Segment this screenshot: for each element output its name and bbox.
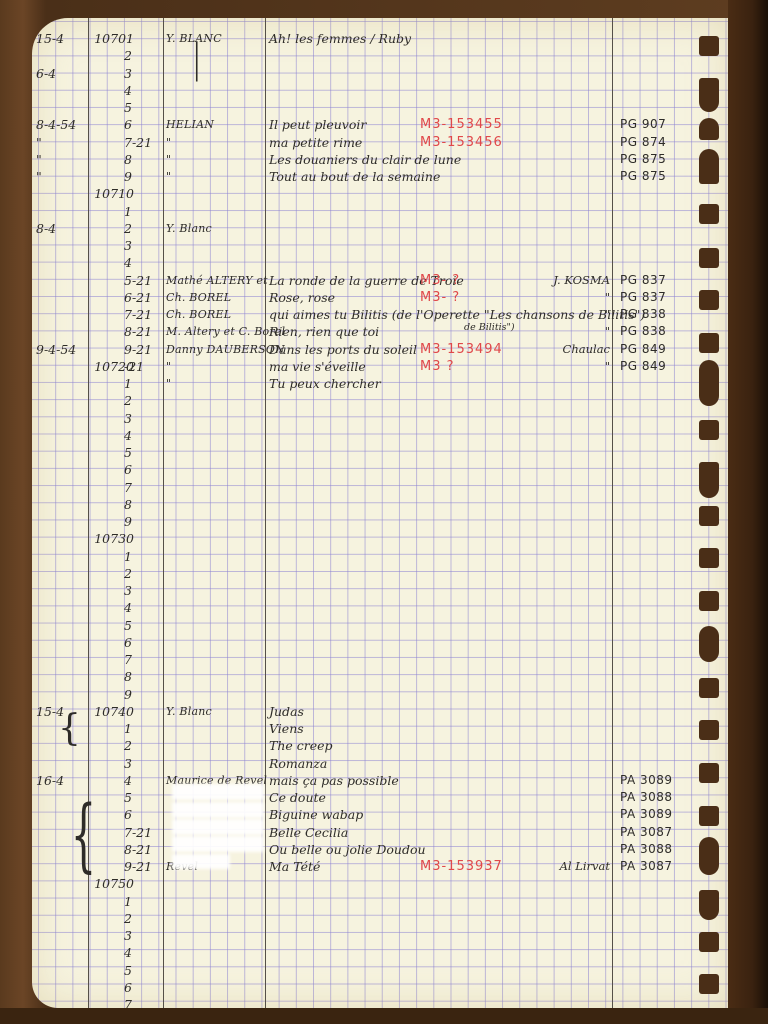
matrix-number: 10701 bbox=[90, 30, 134, 47]
reference-code: M3-153494 bbox=[420, 341, 503, 358]
ledger-row: 7 bbox=[32, 651, 728, 668]
take-number: 6 bbox=[124, 116, 164, 133]
song-title: Ou belle ou jolie Doudou bbox=[269, 841, 419, 858]
date-cell: " bbox=[36, 151, 88, 168]
take-number: 9 bbox=[124, 168, 164, 185]
ledger-row: 6 bbox=[32, 461, 728, 478]
take-number: 7 bbox=[124, 996, 164, 1008]
binder-hole bbox=[699, 974, 719, 994]
date-cell: " bbox=[36, 168, 88, 185]
ledger-row: 9 bbox=[32, 513, 728, 530]
matrix-number: 10740 bbox=[90, 703, 134, 720]
bilitis-subnote: de Bilitis") bbox=[464, 322, 515, 333]
artist-name: " bbox=[166, 151, 266, 168]
ledger-row: 5-21Mathé ALTERY etLa ronde de la guerre… bbox=[32, 272, 728, 289]
ledger-row: 3 bbox=[32, 410, 728, 427]
binder-hole bbox=[699, 78, 719, 112]
binder-hole bbox=[699, 36, 719, 56]
song-title: Ma Tété bbox=[269, 858, 419, 875]
artist-name: Y. Blanc bbox=[166, 220, 266, 237]
ledger-row: 1 bbox=[32, 548, 728, 565]
binder-hole bbox=[699, 626, 719, 662]
ledger-row: 6Biguine wabapPA 3089 bbox=[32, 806, 728, 823]
composer-name: " bbox=[532, 306, 610, 323]
ledger-row: 3 bbox=[32, 927, 728, 944]
ledger-row: 5 bbox=[32, 99, 728, 116]
catalog-number: PG 837 bbox=[620, 289, 666, 306]
take-number: 5 bbox=[124, 99, 164, 116]
redacted-area bbox=[172, 819, 264, 835]
reference-code: M3- ? bbox=[420, 272, 460, 289]
song-title: Biguine wabap bbox=[269, 806, 419, 823]
ledger-row: "7-21"ma petite rimeM3-153456PG 874 bbox=[32, 134, 728, 151]
take-number: 2 bbox=[124, 392, 164, 409]
date-range-brace-icon: { bbox=[71, 788, 96, 881]
date-cell: 15-4 bbox=[36, 30, 88, 47]
take-number: 7 bbox=[124, 651, 164, 668]
take-number: 4 bbox=[124, 772, 164, 789]
matrix-number: 10750 bbox=[90, 875, 134, 892]
binder-hole bbox=[699, 506, 719, 526]
binder-hole bbox=[699, 290, 719, 310]
ledger-row: 1 bbox=[32, 203, 728, 220]
ledger-row: 5Ce doutePA 3088 bbox=[32, 789, 728, 806]
binder-hole bbox=[699, 204, 719, 224]
take-number: 1 bbox=[124, 548, 164, 565]
take-number: 3 bbox=[124, 237, 164, 254]
song-title: Judas bbox=[269, 703, 419, 720]
ledger-row: 9-21RevelMa TétéM3-153937Al LirvatPA 308… bbox=[32, 858, 728, 875]
artist-name: HELIAN bbox=[166, 116, 266, 133]
desk-surface-bottom bbox=[0, 1008, 768, 1024]
ledger-row: 10720-21"ma vie s'éveilleM3 ?"PG 849 bbox=[32, 358, 728, 375]
take-number: 3 bbox=[124, 755, 164, 772]
ledger-row: 2 bbox=[32, 565, 728, 582]
ledger-row: 4 bbox=[32, 944, 728, 961]
artist-name: Danny DAUBERSON bbox=[166, 341, 266, 358]
song-title: Tout au bout de la semaine bbox=[269, 168, 419, 185]
take-number: 9 bbox=[124, 686, 164, 703]
ledger-row: 6-21Ch. BORELRose, roseM3- ?"PG 837 bbox=[32, 289, 728, 306]
take-number: 2 bbox=[124, 910, 164, 927]
ledger-row: 7-21Ch. BORELqui aimes tu Bilitis (de l'… bbox=[32, 306, 728, 323]
binder-hole bbox=[699, 548, 719, 568]
catalog-number: PA 3087 bbox=[620, 858, 673, 875]
song-title: Belle Cecilia bbox=[269, 824, 419, 841]
catalog-number: PG 849 bbox=[620, 341, 666, 358]
catalog-number: PG 875 bbox=[620, 168, 666, 185]
take-number: 2 bbox=[124, 737, 164, 754]
ledger-row: 1Viens bbox=[32, 720, 728, 737]
catalog-number: PA 3088 bbox=[620, 841, 673, 858]
binder-hole bbox=[699, 890, 719, 920]
date-cell: 9-4-54 bbox=[36, 341, 88, 358]
reference-code: M3 ? bbox=[420, 358, 455, 375]
artist-name: Mathé ALTERY et bbox=[166, 272, 266, 289]
take-number: 9 bbox=[124, 513, 164, 530]
ledger-row: 15-410701Y. BLANCAh! les femmes / Ruby bbox=[32, 30, 728, 47]
take-number: 6-21 bbox=[124, 289, 164, 306]
ledger-row: "8"Les douaniers du clair de lunePG 875 bbox=[32, 151, 728, 168]
ledger-row: 2 bbox=[32, 910, 728, 927]
ledger-row: 8-42Y. Blanc bbox=[32, 220, 728, 237]
take-number: 4 bbox=[124, 82, 164, 99]
song-title: Ce doute bbox=[269, 789, 419, 806]
ledger-row: 10710 bbox=[32, 185, 728, 202]
ledger-row: 10750 bbox=[32, 875, 728, 892]
ledger-row: 16-44Maurice de Revelmais ça pas possibl… bbox=[32, 772, 728, 789]
composer-name: Chaulac bbox=[532, 341, 610, 358]
binder-hole bbox=[699, 248, 719, 268]
ledger-row: "9"Tout au bout de la semainePG 875 bbox=[32, 168, 728, 185]
take-number: 3 bbox=[124, 65, 164, 82]
take-number: 1 bbox=[124, 720, 164, 737]
matrix-number: 10710 bbox=[90, 185, 134, 202]
song-title: La ronde de la guerre de Troie bbox=[269, 272, 419, 289]
ledger-row: 3Romanza bbox=[32, 755, 728, 772]
reference-code: M3-153456 bbox=[420, 134, 503, 151]
artist-name: Ch. BOREL bbox=[166, 289, 266, 306]
ledger-row: 4 bbox=[32, 427, 728, 444]
redacted-area bbox=[172, 836, 264, 852]
artist-name: Y. Blanc bbox=[166, 703, 266, 720]
binder-hole bbox=[699, 837, 719, 875]
desk-surface-right bbox=[728, 0, 768, 1024]
redacted-area bbox=[172, 802, 264, 818]
take-number: 6 bbox=[124, 806, 164, 823]
take-number: 8 bbox=[124, 496, 164, 513]
take-number: 7 bbox=[124, 479, 164, 496]
take-number: 8-21 bbox=[124, 841, 164, 858]
catalog-number: PG 907 bbox=[620, 116, 666, 133]
take-number: 3 bbox=[124, 582, 164, 599]
ledger-row: 15-410740Y. BlancJudas bbox=[32, 703, 728, 720]
ledger-row: 9-4-549-21Danny DAUBERSONDans les ports … bbox=[32, 341, 728, 358]
take-number: 9-21 bbox=[124, 858, 164, 875]
redacted-area bbox=[172, 784, 264, 800]
take-number: 5 bbox=[124, 444, 164, 461]
redacted-area bbox=[172, 854, 230, 869]
take-number: 9-21 bbox=[124, 341, 164, 358]
take-number: -21 bbox=[124, 358, 164, 375]
catalog-number: PG 838 bbox=[620, 323, 666, 340]
catalog-number: PG 837 bbox=[620, 272, 666, 289]
date-cell: " bbox=[36, 134, 88, 151]
ledger-row: 6 bbox=[32, 634, 728, 651]
ledger-row: 2 bbox=[32, 392, 728, 409]
artist-name: Ch. BOREL bbox=[166, 306, 266, 323]
take-number: 8-21 bbox=[124, 323, 164, 340]
take-number: 4 bbox=[124, 427, 164, 444]
song-title: qui aimes tu Bilitis (de l'Operette "Les… bbox=[269, 306, 419, 323]
reference-code: M3- ? bbox=[420, 289, 460, 306]
ledger-row: 10730 bbox=[32, 530, 728, 547]
artist-name: " bbox=[166, 375, 266, 392]
date-cell: 6-4 bbox=[36, 65, 88, 82]
song-title: Rose, rose bbox=[269, 289, 419, 306]
ledger-row: 2 bbox=[32, 47, 728, 64]
ledger-row: 4 bbox=[32, 254, 728, 271]
take-number: 5 bbox=[124, 962, 164, 979]
composer-name: Al Lirvat bbox=[532, 858, 610, 875]
artist-name: " bbox=[166, 358, 266, 375]
song-title: Tu peux chercher bbox=[269, 375, 419, 392]
catalog-number: PA 3087 bbox=[620, 824, 673, 841]
binder-hole bbox=[699, 462, 719, 498]
take-number: 2 bbox=[124, 565, 164, 582]
catalog-number: PG 875 bbox=[620, 151, 666, 168]
take-number: 4 bbox=[124, 944, 164, 961]
song-title: Viens bbox=[269, 720, 419, 737]
take-number: 7-21 bbox=[124, 824, 164, 841]
take-number: 7-21 bbox=[124, 134, 164, 151]
ledger-row: 9 bbox=[32, 686, 728, 703]
binder-hole bbox=[699, 720, 719, 740]
catalog-number: PA 3088 bbox=[620, 789, 673, 806]
take-number: 5 bbox=[124, 617, 164, 634]
ledger-page: 15-410701Y. BLANCAh! les femmes / Ruby26… bbox=[32, 18, 728, 1008]
binder-hole bbox=[699, 333, 719, 353]
catalog-number: PG 849 bbox=[620, 358, 666, 375]
binder-hole bbox=[699, 118, 719, 140]
song-title: mais ça pas possible bbox=[269, 772, 419, 789]
binder-hole bbox=[699, 149, 719, 184]
song-title: ma vie s'éveille bbox=[269, 358, 419, 375]
ledger-row: 7 bbox=[32, 996, 728, 1008]
take-number: 6 bbox=[124, 979, 164, 996]
song-title: Romanza bbox=[269, 755, 419, 772]
ledger-row: 2The creep bbox=[32, 737, 728, 754]
binder-hole bbox=[699, 678, 719, 698]
matrix-number: 10730 bbox=[90, 530, 134, 547]
ditto-bracket: | bbox=[193, 36, 200, 82]
composer-name: J. KOSMA bbox=[532, 272, 610, 289]
song-title: Les douaniers du clair de lune bbox=[269, 151, 419, 168]
song-title: Il peut pleuvoir bbox=[269, 116, 419, 133]
binder-hole bbox=[699, 591, 719, 611]
artist-name: " bbox=[166, 168, 266, 185]
artist-name: " bbox=[166, 134, 266, 151]
ledger-row: 1 bbox=[32, 893, 728, 910]
song-title: Rien, rien que toi bbox=[269, 323, 419, 340]
ledger-row: 1"Tu peux chercher bbox=[32, 375, 728, 392]
ledger-row: 4 bbox=[32, 599, 728, 616]
take-number: 1 bbox=[124, 893, 164, 910]
take-number: 8 bbox=[124, 668, 164, 685]
song-title: Ah! les femmes / Ruby bbox=[269, 30, 419, 47]
binder-hole bbox=[699, 932, 719, 952]
take-number: 5 bbox=[124, 789, 164, 806]
binder-hole bbox=[699, 763, 719, 783]
catalog-number: PA 3089 bbox=[620, 806, 673, 823]
ledger-row: 8-4-546HELIANIl peut pleuvoirM3-153455PG… bbox=[32, 116, 728, 133]
binder-hole bbox=[699, 420, 719, 440]
ledger-row: 7-21Belle CeciliaPA 3087 bbox=[32, 824, 728, 841]
take-number: 5-21 bbox=[124, 272, 164, 289]
reference-code: M3-153937 bbox=[420, 858, 503, 875]
date-cell: 8-4-54 bbox=[36, 116, 88, 133]
take-number: 3 bbox=[124, 927, 164, 944]
ledger-row: 8 bbox=[32, 668, 728, 685]
take-number: 2 bbox=[124, 220, 164, 237]
ledger-row: 5 bbox=[32, 617, 728, 634]
composer-name: " bbox=[532, 358, 610, 375]
artist-name: Y. BLANC bbox=[166, 30, 266, 47]
take-number: 1 bbox=[124, 203, 164, 220]
binder-hole bbox=[699, 360, 719, 406]
ledger-row: 3 bbox=[32, 237, 728, 254]
catalog-number: PG 838 bbox=[620, 306, 666, 323]
ledger-row: 4 bbox=[32, 82, 728, 99]
take-number: 8 bbox=[124, 151, 164, 168]
artist-name: M. Altery et C. Borel bbox=[166, 323, 266, 340]
catalog-number: PG 874 bbox=[620, 134, 666, 151]
ledger-row: 6-43 bbox=[32, 65, 728, 82]
catalog-number: PA 3089 bbox=[620, 772, 673, 789]
song-title: The creep bbox=[269, 737, 419, 754]
composer-name: " bbox=[532, 323, 610, 340]
take-number: 6 bbox=[124, 634, 164, 651]
composer-name: " bbox=[532, 289, 610, 306]
date-cell: 8-4 bbox=[36, 220, 88, 237]
ledger-row: 3 bbox=[32, 582, 728, 599]
ledger-row: 6 bbox=[32, 979, 728, 996]
song-title: Dans les ports du soleil bbox=[269, 341, 419, 358]
take-number: 4 bbox=[124, 599, 164, 616]
ledger-row: 7 bbox=[32, 479, 728, 496]
take-number: 4 bbox=[124, 254, 164, 271]
date-cell: 16-4 bbox=[36, 772, 88, 789]
take-number: 1 bbox=[124, 375, 164, 392]
date-range-brace-icon: { bbox=[58, 708, 81, 749]
ledger-row: 5 bbox=[32, 962, 728, 979]
ledger-row: 8-21M. Altery et C. BorelRien, rien que … bbox=[32, 323, 728, 340]
take-number: 3 bbox=[124, 410, 164, 427]
ledger-row: 8 bbox=[32, 496, 728, 513]
take-number: 7-21 bbox=[124, 306, 164, 323]
ledger-row: 8-21Ou belle ou jolie DoudouPA 3088 bbox=[32, 841, 728, 858]
take-number: 2 bbox=[124, 47, 164, 64]
reference-code: M3-153455 bbox=[420, 116, 503, 133]
binder-hole bbox=[699, 806, 719, 826]
take-number: 6 bbox=[124, 461, 164, 478]
ledger-row: 5 bbox=[32, 444, 728, 461]
song-title: ma petite rime bbox=[269, 134, 419, 151]
